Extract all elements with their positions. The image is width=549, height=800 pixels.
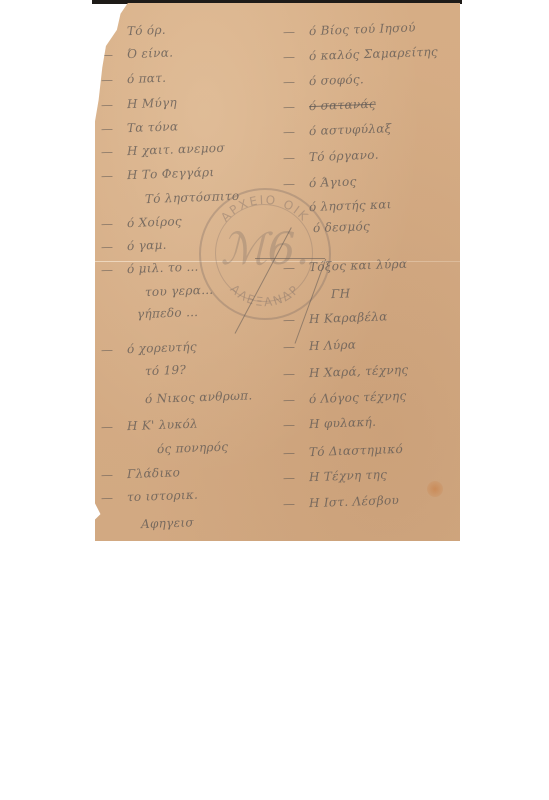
list-entry: —Η Μύγη — [101, 95, 177, 112]
list-entry: —Η Κ' λυκόλ — [101, 417, 198, 434]
entry-text: Η Λύρα — [309, 337, 357, 353]
dash-icon: — — [283, 471, 295, 485]
dash-icon: — — [283, 50, 295, 64]
dash-icon: — — [283, 497, 295, 511]
entry-text: Τό Διαστημικό — [309, 442, 403, 459]
list-entry: —Γλάδικο — [101, 465, 181, 482]
dash-icon: — — [283, 340, 295, 354]
svg-text:ΑΛΕΞΑΝΔΡ: ΑΛΕΞΑΝΔΡ — [227, 282, 302, 309]
entry-text: Η φυλακή. — [309, 415, 377, 431]
dash-icon: — — [101, 240, 113, 254]
entry-text: Τό όρ. — [127, 23, 166, 38]
dash-icon: — — [101, 217, 113, 231]
entry-text: ό χορευτής — [127, 340, 197, 356]
entry-text: ό Άγιος — [309, 174, 357, 190]
list-entry: —ό αστυφύλαξ — [283, 121, 392, 139]
dash-icon: — — [101, 73, 113, 87]
list-entry: —ό μιλ. το … — [101, 260, 199, 277]
list-entry: —ό Χοίρος — [101, 214, 182, 231]
list-entry: ό Νικος ανθρωπ. — [119, 388, 253, 407]
entry-text: Η Το Φεγγάρι — [127, 165, 215, 182]
entry-text: ΓΗ — [331, 286, 351, 301]
list-entry: γήπεδο … — [111, 305, 199, 322]
list-entry: —ό πατ. — [101, 71, 167, 87]
entry-text: ό μιλ. το … — [127, 260, 199, 276]
list-entry: —ό Άγιος — [283, 174, 357, 191]
list-entry: —ό χορευτής — [101, 340, 197, 357]
dash-icon: — — [283, 100, 295, 114]
entry-text: Τό όργανο. — [309, 148, 379, 164]
dash-icon: — — [101, 420, 113, 434]
dash-icon: — — [283, 393, 295, 407]
list-entry: —Τό όργανο. — [283, 148, 379, 165]
stamp-monogram: ℳ6. — [201, 224, 329, 275]
entry-text: Τα τόνα — [127, 119, 179, 135]
dash-icon: — — [101, 468, 113, 482]
svg-text:ΑΡΧΕΙΟ ΟΙΚ: ΑΡΧΕΙΟ ΟΙΚ — [218, 193, 312, 225]
entry-text: Ό είνα. — [127, 45, 174, 61]
entry-text: γήπεδο … — [137, 305, 199, 321]
dash-icon: — — [283, 418, 295, 432]
dash-icon: — — [283, 446, 295, 460]
entry-text: τό 19? — [145, 363, 187, 378]
entry-text: ό σατανάς — [309, 97, 376, 113]
list-entry: —Η χαιτ. ανεμοσ — [101, 141, 225, 159]
dash-icon: — — [101, 122, 113, 136]
entry-text: ό αστυφύλαξ — [309, 121, 392, 138]
list-entry: —Η Ιστ. Λέσβου — [283, 493, 400, 511]
dash-icon: — — [283, 25, 295, 39]
list-entry: τό 19? — [119, 363, 187, 379]
list-entry: —Ό είνα. — [101, 45, 174, 62]
list-entry: —ό γαμ. — [101, 238, 167, 254]
list-entry: —Η φυλακή. — [283, 415, 377, 432]
entry-text: Γλάδικο — [127, 465, 181, 481]
entry-text: ό γαμ. — [127, 238, 167, 253]
entry-text: ό Βίος τού Ιησού — [309, 20, 416, 38]
list-entry: —Η Λύρα — [283, 337, 357, 354]
list-entry: —το ιστορικ. — [101, 488, 199, 505]
entry-text: ό πατ. — [127, 71, 167, 86]
entry-text: το ιστορικ. — [127, 488, 199, 504]
entry-text: ό Χοίρος — [127, 214, 182, 230]
dash-icon: — — [283, 151, 295, 165]
list-entry: —ό σοφός. — [283, 72, 364, 89]
entry-text: Η Χαρά, τέχνης — [309, 363, 409, 380]
entry-text: Η Ιστ. Λέσβου — [309, 493, 400, 510]
entry-text: ό καλός Σαμαρείτης — [309, 45, 438, 63]
dash-icon: — — [101, 343, 113, 357]
list-entry: —Η Χαρά, τέχνης — [283, 363, 409, 381]
list-entry: του γερα… — [119, 283, 214, 300]
list-entry: Αφηγεισ — [115, 515, 194, 532]
entry-text: ό σοφός. — [309, 72, 364, 88]
pencil-stroke — [255, 258, 325, 259]
entry-text: Η Τέχνη της — [309, 467, 388, 484]
dash-icon: — — [101, 48, 113, 62]
entry-text: Η Κ' λυκόλ — [127, 417, 198, 433]
list-entry: —Τό όρ. — [101, 23, 166, 39]
list-entry: —Τό Διαστημικό — [283, 442, 403, 460]
dash-icon: — — [101, 98, 113, 112]
paper-stain — [427, 481, 443, 497]
manuscript-page: —Τό όρ.—Ό είνα.—ό πατ.—Η Μύγη—Τα τόνα—Η … — [95, 3, 460, 541]
dash-icon: — — [101, 25, 113, 39]
dash-icon: — — [101, 169, 113, 183]
entry-text: ό Λόγος τέχνης — [309, 389, 407, 406]
entry-text: Η Μύγη — [127, 95, 177, 111]
dash-icon: — — [283, 75, 295, 89]
dash-icon: — — [283, 367, 295, 381]
dash-icon: — — [101, 491, 113, 505]
list-entry: —Η Τέχνη της — [283, 467, 388, 485]
entry-text: ό Νικος ανθρωπ. — [145, 388, 253, 406]
dash-icon: — — [101, 263, 113, 277]
dash-icon: — — [283, 177, 295, 191]
list-entry: —Η Το Φεγγάρι — [101, 165, 215, 183]
dash-icon: — — [283, 125, 295, 139]
list-entry: —ό καλός Σαμαρείτης — [283, 45, 438, 64]
list-entry: —ό Λόγος τέχνης — [283, 389, 407, 407]
entry-text: Αφηγεισ — [141, 515, 194, 531]
list-entry: ός πονηρός — [131, 440, 229, 457]
entry-text: Η χαιτ. ανεμοσ — [127, 141, 225, 158]
dash-icon: — — [101, 145, 113, 159]
entry-text: ός πονηρός — [157, 440, 229, 456]
list-entry: —ό σατανάς — [283, 97, 376, 114]
list-entry: —Τα τόνα — [101, 119, 179, 136]
list-entry: —ό Βίος τού Ιησού — [283, 20, 416, 39]
